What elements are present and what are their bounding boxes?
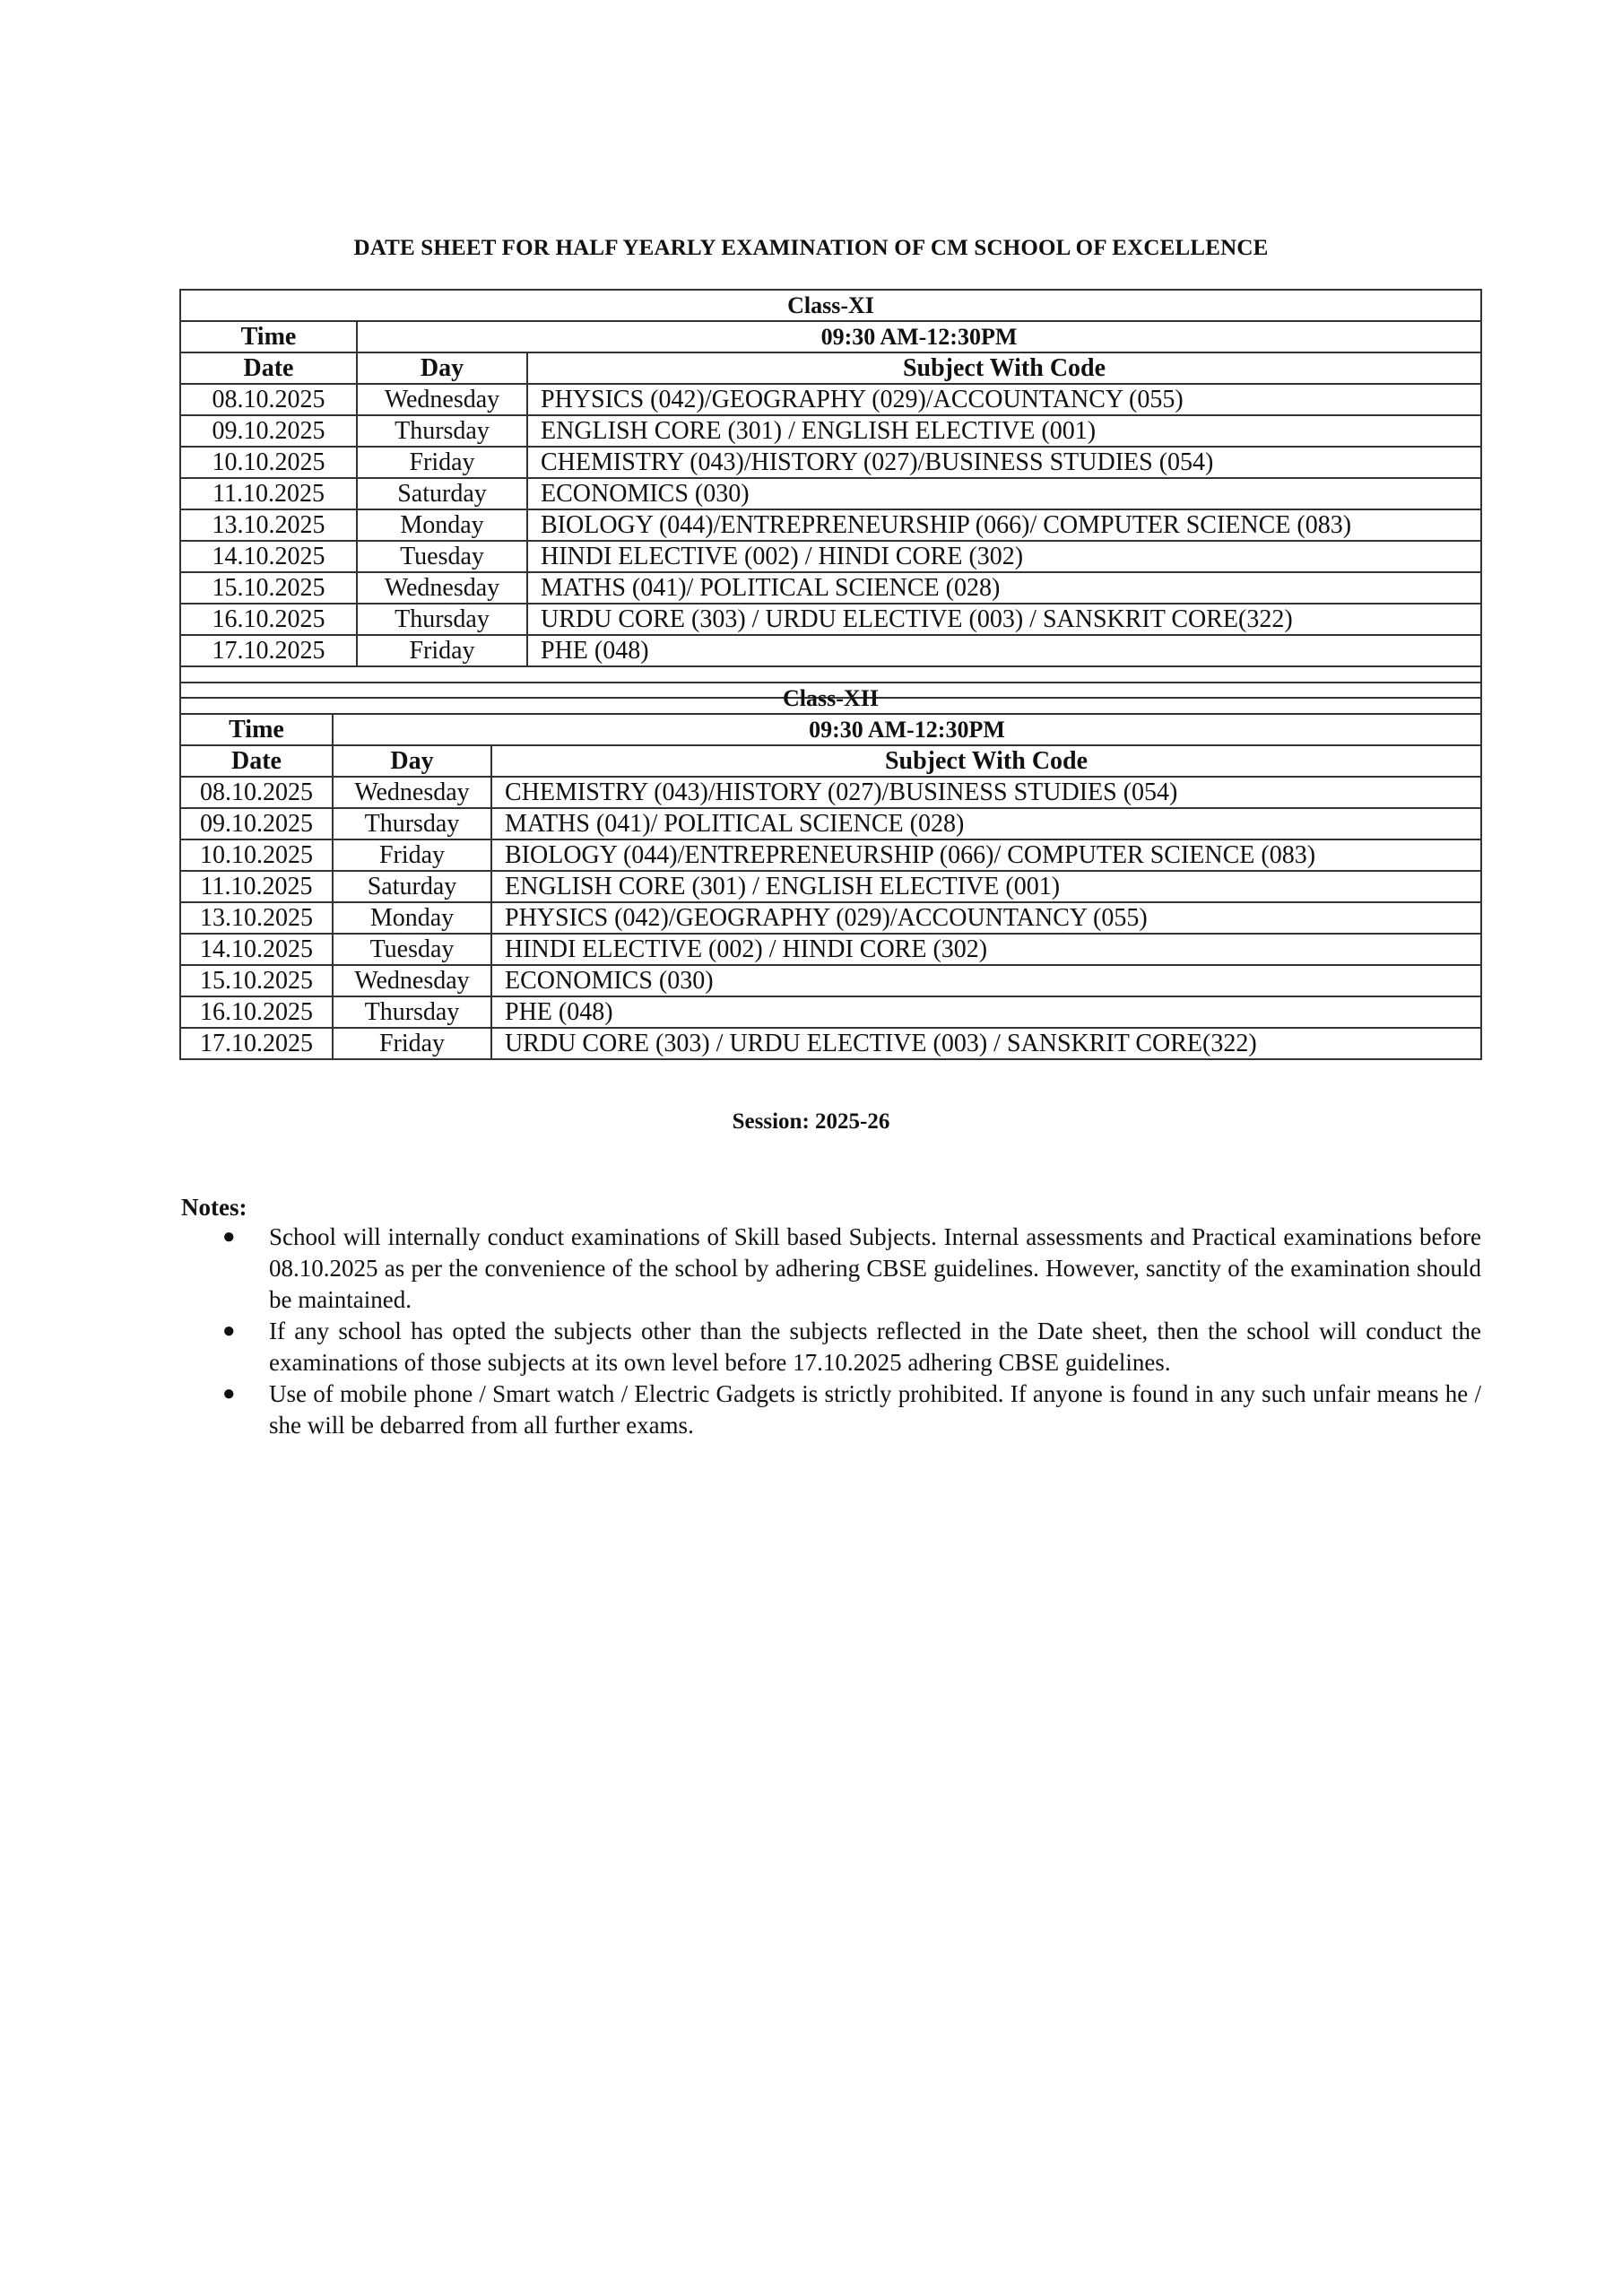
subject-cell: CHEMISTRY (043)/HISTORY (027)/BUSINESS S…: [491, 777, 1481, 808]
date-cell: 09.10.2025: [180, 808, 333, 839]
date-cell: 17.10.2025: [180, 635, 357, 666]
header-date: Date: [180, 352, 357, 384]
day-cell: Thursday: [333, 808, 491, 839]
subject-cell: MATHS (041)/ POLITICAL SCIENCE (028): [491, 808, 1481, 839]
date-cell: 16.10.2025: [180, 604, 357, 635]
time-row: Time 09:30 AM-12:30PM: [180, 714, 1481, 745]
date-cell: 10.10.2025: [180, 447, 357, 478]
date-cell: 09.10.2025: [180, 415, 357, 447]
class-xi-datesheet-table: Class-XI Time 09:30 AM-12:30PM Date Day …: [179, 289, 1482, 699]
date-cell: 08.10.2025: [180, 384, 357, 415]
note-text: School will internally conduct examinati…: [269, 1223, 1481, 1313]
session-label: Session: 2025-26: [0, 1109, 1622, 1135]
document-title: DATE SHEET FOR HALF YEARLY EXAMINATION O…: [0, 236, 1622, 261]
table-row: 14.10.2025TuesdayHINDI ELECTIVE (002) / …: [180, 934, 1481, 965]
time-label: Time: [180, 714, 333, 745]
note-text: Use of mobile phone / Smart watch / Elec…: [269, 1380, 1481, 1439]
day-cell: Saturday: [357, 478, 527, 509]
day-cell: Friday: [333, 839, 491, 871]
date-cell: 08.10.2025: [180, 777, 333, 808]
subject-cell: ECONOMICS (030): [527, 478, 1481, 509]
subject-cell: BIOLOGY (044)/ENTREPRENEURSHIP (066)/ CO…: [527, 509, 1481, 541]
header-subject: Subject With Code: [491, 745, 1481, 777]
header-row: Date Day Subject With Code: [180, 745, 1481, 777]
subject-cell: ECONOMICS (030): [491, 965, 1481, 996]
day-cell: Saturday: [333, 871, 491, 902]
date-cell: 13.10.2025: [180, 509, 357, 541]
note-item: ●Use of mobile phone / Smart watch / Ele…: [269, 1378, 1481, 1441]
date-cell: 14.10.2025: [180, 934, 333, 965]
date-cell: 15.10.2025: [180, 572, 357, 604]
note-text: If any school has opted the subjects oth…: [269, 1318, 1481, 1376]
day-cell: Thursday: [357, 415, 527, 447]
day-cell: Wednesday: [357, 384, 527, 415]
class-xi-rows: 08.10.2025WednesdayPHYSICS (042)/GEOGRAP…: [180, 384, 1481, 666]
subject-cell: CHEMISTRY (043)/HISTORY (027)/BUSINESS S…: [527, 447, 1481, 478]
table-row: 09.10.2025ThursdayENGLISH CORE (301) / E…: [180, 415, 1481, 447]
table-row: 15.10.2025WednesdayMATHS (041)/ POLITICA…: [180, 572, 1481, 604]
bullet-icon: ●: [222, 1316, 236, 1347]
class-label: Class-XII: [180, 683, 1481, 714]
subject-cell: HINDI ELECTIVE (002) / HINDI CORE (302): [491, 934, 1481, 965]
header-subject: Subject With Code: [527, 352, 1481, 384]
day-cell: Wednesday: [333, 777, 491, 808]
class-xii-table-body: Class-XII Time 09:30 AM-12:30PM Date Day…: [180, 683, 1481, 777]
day-cell: Friday: [357, 447, 527, 478]
subject-cell: MATHS (041)/ POLITICAL SCIENCE (028): [527, 572, 1481, 604]
table-row: 17.10.2025FridayURDU CORE (303) / URDU E…: [180, 1028, 1481, 1059]
day-cell: Thursday: [333, 996, 491, 1028]
date-cell: 13.10.2025: [180, 902, 333, 934]
header-day: Day: [333, 745, 491, 777]
table-row: 09.10.2025ThursdayMATHS (041)/ POLITICAL…: [180, 808, 1481, 839]
table-row: 11.10.2025SaturdayENGLISH CORE (301) / E…: [180, 871, 1481, 902]
time-value: 09:30 AM-12:30PM: [333, 714, 1481, 745]
table-row: 10.10.2025FridayCHEMISTRY (043)/HISTORY …: [180, 447, 1481, 478]
notes-list: ●School will internally conduct examinat…: [269, 1222, 1481, 1441]
table-row: 13.10.2025MondayBIOLOGY (044)/ENTREPRENE…: [180, 509, 1481, 541]
time-value: 09:30 AM-12:30PM: [357, 321, 1481, 352]
time-label: Time: [180, 321, 357, 352]
class-label-row: Class-XI: [180, 290, 1481, 321]
note-item: ●If any school has opted the subjects ot…: [269, 1316, 1481, 1378]
table-row: 11.10.2025SaturdayECONOMICS (030): [180, 478, 1481, 509]
subject-cell: PHYSICS (042)/GEOGRAPHY (029)/ACCOUNTANC…: [527, 384, 1481, 415]
day-cell: Monday: [357, 509, 527, 541]
subject-cell: URDU CORE (303) / URDU ELECTIVE (003) / …: [491, 1028, 1481, 1059]
table-row: 08.10.2025WednesdayPHYSICS (042)/GEOGRAP…: [180, 384, 1481, 415]
date-cell: 15.10.2025: [180, 965, 333, 996]
subject-cell: URDU CORE (303) / URDU ELECTIVE (003) / …: [527, 604, 1481, 635]
time-row: Time 09:30 AM-12:30PM: [180, 321, 1481, 352]
header-day: Day: [357, 352, 527, 384]
class-label: Class-XI: [180, 290, 1481, 321]
table-row: 17.10.2025FridayPHE (048): [180, 635, 1481, 666]
note-item: ●School will internally conduct examinat…: [269, 1222, 1481, 1316]
class-xi-table-body: Class-XI Time 09:30 AM-12:30PM Date Day …: [180, 290, 1481, 384]
day-cell: Friday: [357, 635, 527, 666]
date-cell: 14.10.2025: [180, 541, 357, 572]
date-cell: 17.10.2025: [180, 1028, 333, 1059]
table-row: 14.10.2025TuesdayHINDI ELECTIVE (002) / …: [180, 541, 1481, 572]
table-row: 10.10.2025FridayBIOLOGY (044)/ENTREPRENE…: [180, 839, 1481, 871]
subject-cell: BIOLOGY (044)/ENTREPRENEURSHIP (066)/ CO…: [491, 839, 1481, 871]
table-row: 13.10.2025MondayPHYSICS (042)/GEOGRAPHY …: [180, 902, 1481, 934]
header-row: Date Day Subject With Code: [180, 352, 1481, 384]
table-row: 16.10.2025ThursdayPHE (048): [180, 996, 1481, 1028]
notes-heading: Notes:: [181, 1194, 247, 1222]
day-cell: Thursday: [357, 604, 527, 635]
subject-cell: PHYSICS (042)/GEOGRAPHY (029)/ACCOUNTANC…: [491, 902, 1481, 934]
subject-cell: PHE (048): [491, 996, 1481, 1028]
day-cell: Tuesday: [357, 541, 527, 572]
day-cell: Wednesday: [357, 572, 527, 604]
subject-cell: ENGLISH CORE (301) / ENGLISH ELECTIVE (0…: [527, 415, 1481, 447]
day-cell: Monday: [333, 902, 491, 934]
bullet-icon: ●: [222, 1222, 236, 1253]
subject-cell: HINDI ELECTIVE (002) / HINDI CORE (302): [527, 541, 1481, 572]
date-cell: 11.10.2025: [180, 871, 333, 902]
bullet-icon: ●: [222, 1378, 236, 1410]
date-cell: 10.10.2025: [180, 839, 333, 871]
table-row: 15.10.2025WednesdayECONOMICS (030): [180, 965, 1481, 996]
date-cell: 11.10.2025: [180, 478, 357, 509]
day-cell: Tuesday: [333, 934, 491, 965]
subject-cell: PHE (048): [527, 635, 1481, 666]
table-row: 08.10.2025WednesdayCHEMISTRY (043)/HISTO…: [180, 777, 1481, 808]
table-row: 16.10.2025ThursdayURDU CORE (303) / URDU…: [180, 604, 1481, 635]
day-cell: Friday: [333, 1028, 491, 1059]
header-date: Date: [180, 745, 333, 777]
date-cell: 16.10.2025: [180, 996, 333, 1028]
subject-cell: ENGLISH CORE (301) / ENGLISH ELECTIVE (0…: [491, 871, 1481, 902]
class-xii-datesheet-table: Class-XII Time 09:30 AM-12:30PM Date Day…: [179, 682, 1482, 1060]
class-xii-rows: 08.10.2025WednesdayCHEMISTRY (043)/HISTO…: [180, 777, 1481, 1059]
day-cell: Wednesday: [333, 965, 491, 996]
class-label-row: Class-XII: [180, 683, 1481, 714]
